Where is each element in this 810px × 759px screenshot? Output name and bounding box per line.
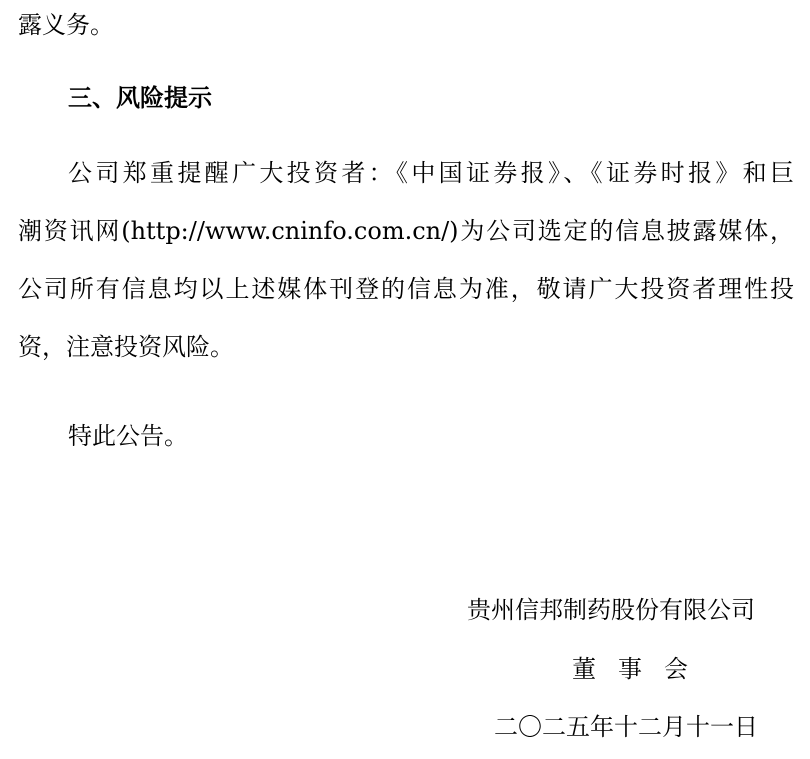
announcement-date: 二〇二五年十二月十一日 [494,714,758,740]
paragraph-line: 潮资讯网(http://www.cninfo.com.cn/)为公司选定的信息披… [18,218,794,244]
section-heading: 三、风险提示 [68,85,212,111]
board-name: 董事会 [572,656,710,682]
closing-text: 特此公告。 [68,423,188,449]
paragraph-line: 公司郑重提醒广大投资者：《中国证券报》、《证券时报》和巨 [68,160,794,186]
continuation-text: 露义务。 [18,12,114,38]
company-name: 贵州信邦制药股份有限公司 [467,597,755,623]
paragraph-line: 资，注意投资风险。 [18,334,234,360]
paragraph-line: 公司所有信息均以上述媒体刊登的信息为准，敬请广大投资者理性投 [18,276,794,302]
